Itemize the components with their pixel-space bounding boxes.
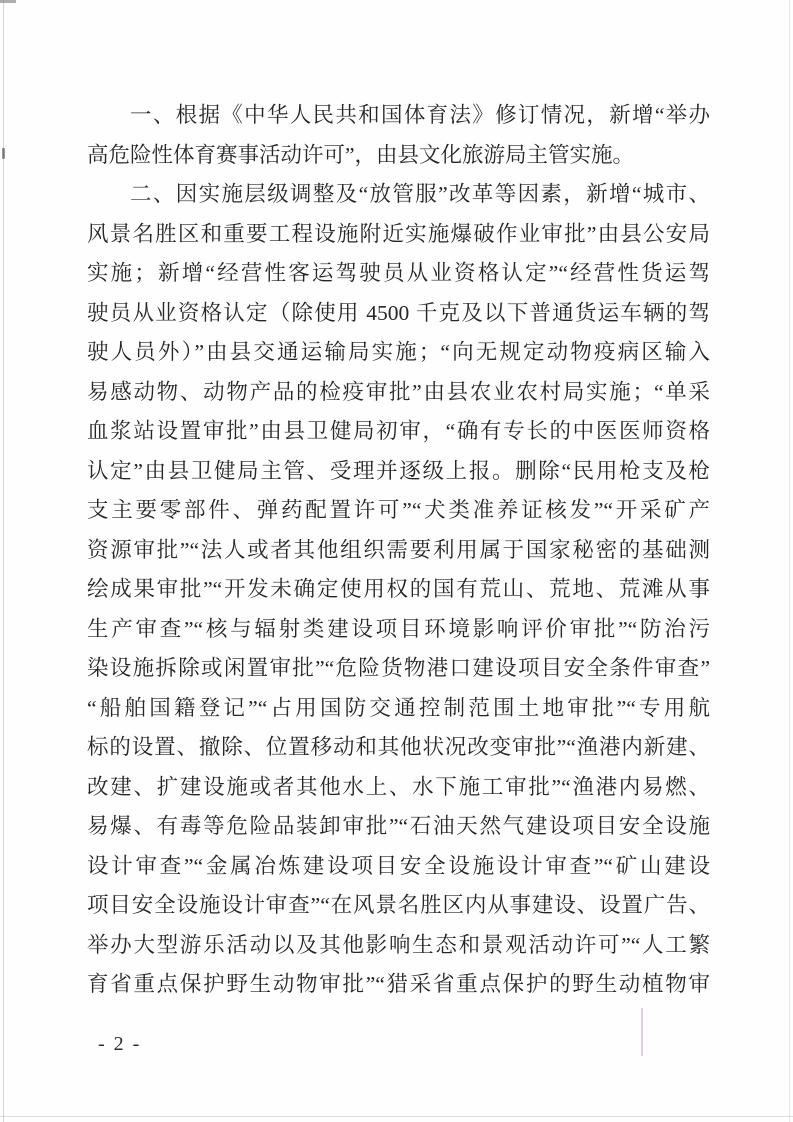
text-line: 举办大型游乐活动以及其他影响生态和景观活动许可”“人工繁 (87, 926, 710, 966)
scan-pink-line-artifact (641, 1008, 643, 1056)
text-line: 项目安全设施设计审查”“在风景名胜区内从事建设、设置广告、 (87, 886, 710, 926)
text-line: 认定”由县卫健局主管、受理并逐级上报。删除“民用枪支及枪 (87, 452, 710, 492)
text-line: 改建、扩建设施或者其他水上、水下施工审批”“渔港内易燃、 (87, 768, 710, 808)
text-line: 血浆站设置审批”由县卫健局初审，“确有专长的中医医师资格 (87, 412, 710, 452)
text-line: 资源审批”“法人或者其他组织需要利用属于国家秘密的基础测 (87, 531, 710, 571)
text-line: 驶员从业资格认定（除使用 4500 千克及以下普通货运车辆的驾 (87, 294, 710, 334)
scan-blob-artifact (2, 148, 5, 159)
text-line: 二、因实施层级调整及“放管服”改革等因素，新增“城市、 (87, 175, 710, 215)
document-body: 一、根据《中华人民共和国体育法》修订情况，新增“举办 高危险性体育赛事活动许可”… (87, 96, 710, 1005)
text-line: 标的设置、撤除、位置移动和其他状况改变审批”“渔港内新建、 (87, 728, 710, 768)
text-line: 高危险性体育赛事活动许可”，由县文化旅游局主管实施。 (87, 136, 710, 176)
text-line: “船舶国籍登记”“占用国防交通控制范围土地审批”“专用航 (87, 689, 710, 729)
scan-edge-left-artifact (3, 0, 4, 1122)
text-line: 育省重点保护野生动物审批”“猎采省重点保护的野生动植物审 (87, 965, 710, 1005)
text-line: 生产审查”“核与辐射类建设项目环境影响评价审批”“防治污 (87, 610, 710, 650)
text-line: 绘成果审批”“开发未确定使用权的国有荒山、荒地、荒滩从事 (87, 570, 710, 610)
scanned-document-page: 一、根据《中华人民共和国体育法》修订情况，新增“举办 高危险性体育赛事活动许可”… (0, 0, 793, 1122)
page-number: - 2 - (98, 1031, 141, 1057)
text-line: 实施；新增“经营性客运驾驶员从业资格认定”“经营性货运驾 (87, 254, 710, 294)
scan-edge-right-artifact (789, 0, 790, 1122)
text-line: 支主要零部件、弹药配置许可”“犬类准养证核发”“开采矿产 (87, 491, 710, 531)
text-line: 设计审查”“金属冶炼建设项目安全设施设计审查”“矿山建设 (87, 847, 710, 887)
text-line: 易爆、有毒等危险品装卸审批”“石油天然气建设项目安全设施 (87, 807, 710, 847)
scan-edge-bottom-artifact (0, 1116, 793, 1117)
text-line: 驶人员外）”由县交通运输局实施；“向无规定动物疫病区输入 (87, 333, 710, 373)
text-line: 染设施拆除或闲置审批”“危险货物港口建设项目安全条件审查” (87, 649, 710, 689)
text-line: 风景名胜区和重要工程设施附近实施爆破作业审批”由县公安局 (87, 215, 710, 255)
text-line: 易感动物、动物产品的检疫审批”由县农业农村局实施；“单采 (87, 373, 710, 413)
text-line: 一、根据《中华人民共和国体育法》修订情况，新增“举办 (87, 96, 710, 136)
